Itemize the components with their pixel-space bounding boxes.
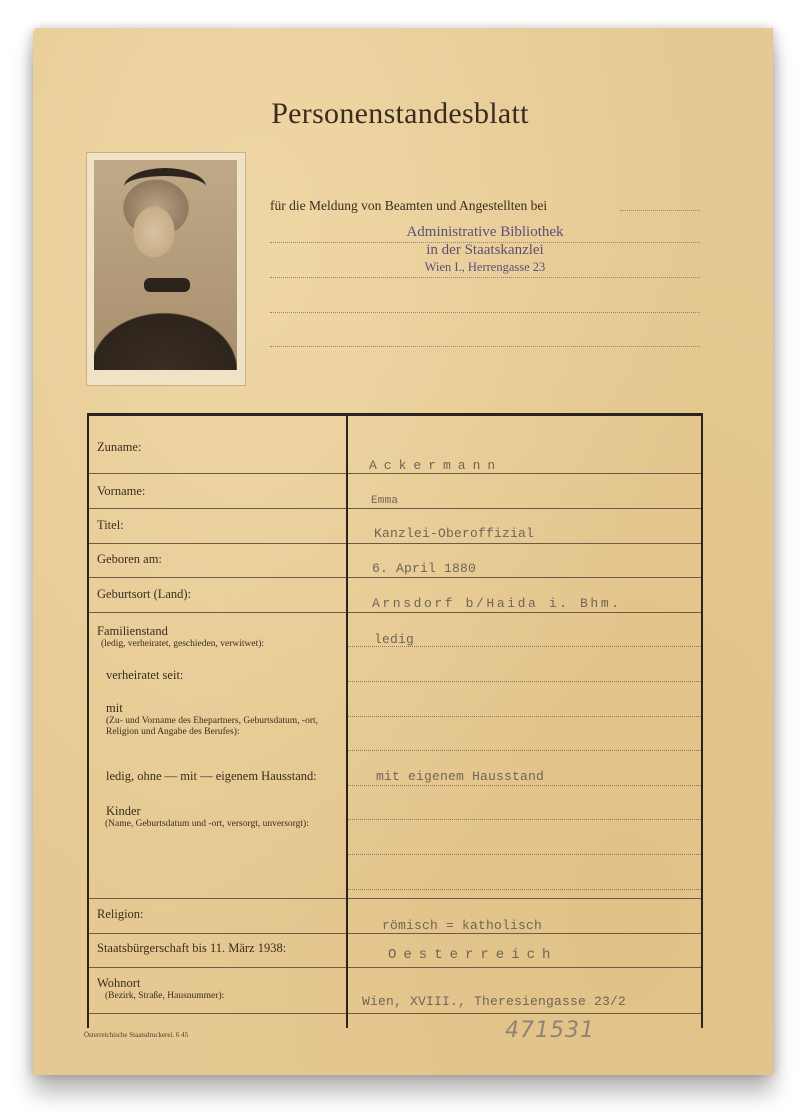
row-rule: [348, 1013, 701, 1014]
dotted-line: [270, 277, 700, 278]
label-vorname: Vorname:: [97, 484, 145, 499]
value-geboren: 6. April 1880: [372, 561, 476, 576]
dotted-line: [270, 312, 700, 313]
label-mit-sub: (Zu- und Vorname des Ehepartners, Geburt…: [106, 716, 346, 738]
row-rule: [89, 898, 346, 899]
row-dotted-rule: [348, 750, 701, 751]
value-geburtsort: Arnsdorf b/Haida i. Bhm.: [372, 596, 622, 611]
label-staatsbuergerschaft: Staatsbürgerschaft bis 11. März 1938:: [97, 941, 286, 956]
row-rule: [348, 898, 701, 899]
row-dotted-rule: [348, 681, 701, 682]
row-dotted-rule: [348, 819, 701, 820]
headband-shape: [124, 168, 206, 206]
row-rule: [89, 543, 346, 544]
label-titel: Titel:: [97, 518, 124, 533]
value-zuname: Ackermann: [369, 458, 502, 473]
row-rule: [89, 473, 346, 474]
subtitle-text: für die Meldung von Beamten und Angestel…: [270, 198, 547, 214]
photo-image: [94, 160, 237, 370]
row-dotted-rule: [348, 889, 701, 890]
label-hausstand: ledig, ohne — mit — eigenem Hausstand:: [106, 769, 317, 784]
stamp-line-2: in der Staatskanzlei: [270, 242, 700, 259]
row-rule: [348, 967, 701, 968]
label-familienstand-main: Familienstand: [97, 624, 168, 638]
label-geboren: Geboren am:: [97, 552, 162, 567]
row-rule: [89, 1013, 346, 1014]
value-wohnort: Wien, XVIII., Theresiengasse 23/2: [362, 994, 626, 1009]
label-kinder: Kinder (Name, Geburtsdatum und -ort, ver…: [106, 804, 309, 830]
row-rule: [89, 967, 346, 968]
row-dotted-rule: [348, 716, 701, 717]
handwritten-archive-number: 471531: [505, 1018, 595, 1043]
label-geburtsort: Geburtsort (Land):: [97, 587, 191, 602]
portrait-photo: [87, 153, 245, 385]
label-religion: Religion:: [97, 907, 144, 922]
row-rule: [89, 577, 346, 578]
value-staatsbuergerschaft: Oesterreich: [388, 947, 557, 963]
stamp-line-3: Wien I., Herrengasse 23: [270, 260, 700, 275]
label-familienstand-sub: (ledig, verheiratet, geschieden, verwitw…: [97, 639, 264, 650]
stamp-line-1: Administrative Bibliothek: [270, 224, 700, 241]
row-rule: [348, 543, 701, 544]
row-rule: [348, 473, 701, 474]
value-titel: Kanzlei-Oberoffizial: [374, 526, 534, 541]
row-rule: [348, 508, 701, 509]
label-familienstand: Familienstand (ledig, verheiratet, gesch…: [97, 624, 264, 650]
label-mit: mit (Zu- und Vorname des Ehepartners, Ge…: [106, 701, 346, 738]
row-rule: [89, 933, 346, 934]
row-rule: [348, 612, 701, 613]
row-dotted-rule: [348, 785, 701, 786]
document-title: Personenstandesblatt: [0, 97, 800, 131]
row-rule: [89, 612, 346, 613]
dotted-line: [620, 210, 700, 211]
label-verheiratet-seit: verheiratet seit:: [106, 668, 183, 683]
row-rule: [348, 577, 701, 578]
row-rule: [348, 933, 701, 934]
label-wohnort: Wohnort (Bezirk, Straße, Hausnummer):: [97, 976, 224, 1002]
label-wohnort-sub: (Bezirk, Straße, Hausnummer):: [97, 991, 224, 1002]
label-zuname: Zuname:: [97, 440, 141, 455]
personal-data-form: Zuname: Vorname: Titel: Geboren am: Gebu…: [87, 413, 703, 1028]
row-rule: [89, 508, 346, 509]
row-dotted-rule: [348, 854, 701, 855]
choker-shape: [144, 278, 190, 292]
label-mit-main: mit: [106, 701, 123, 715]
printer-imprint: Österreichische Staatsdruckerei. 6 45: [84, 1031, 188, 1039]
value-familienstand: ledig: [374, 632, 414, 647]
value-religion: römisch = katholisch: [382, 918, 542, 933]
dotted-line: [270, 346, 700, 347]
label-kinder-main: Kinder: [106, 804, 141, 818]
label-wohnort-main: Wohnort: [97, 976, 140, 990]
value-hausstand: mit eigenem Hausstand: [376, 769, 544, 784]
label-kinder-sub: (Name, Geburtsdatum und -ort, versorgt, …: [105, 819, 309, 830]
value-vorname: Emma: [371, 495, 398, 507]
